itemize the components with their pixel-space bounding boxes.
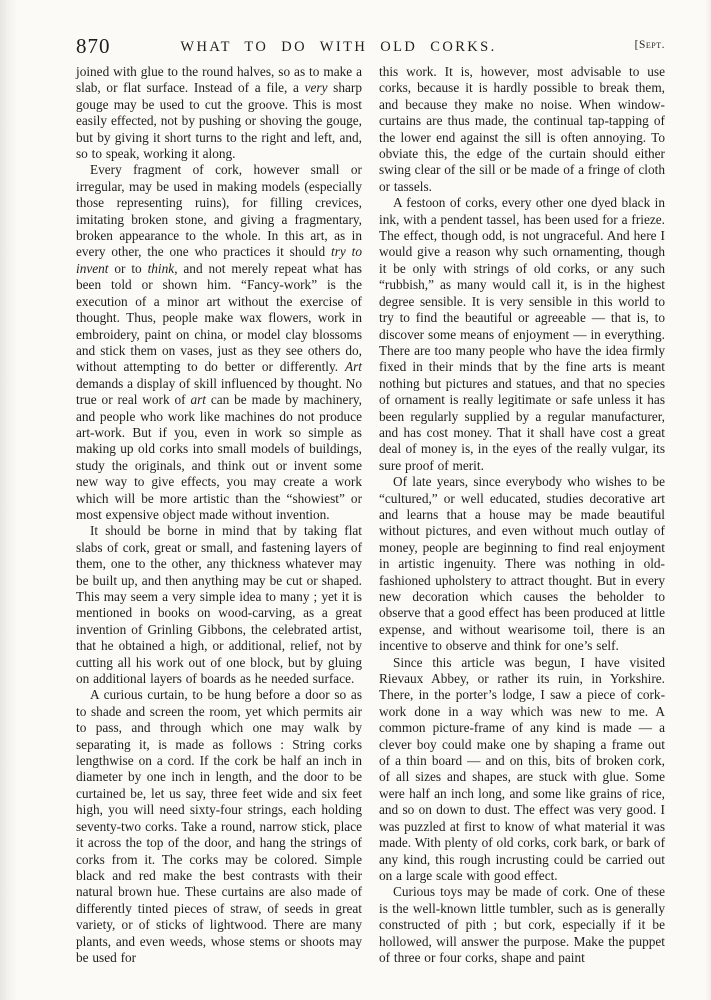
date-marker: [Sept. [635,39,665,51]
paragraph: this work. It is, however, most advisabl… [379,64,665,195]
italic-text: think [148,261,175,276]
body-text: Curious toys may be made of cork. One of… [379,884,665,965]
page-title: WHAT TO DO WITH OLD CORKS. [180,39,496,55]
paragraph: Every fragment of cork, however small or… [76,162,362,523]
two-column-layout: joined with glue to the round halves, so… [76,64,665,966]
paragraph: It should be borne in mind that by takin… [76,523,362,687]
page-header: 870 WHAT TO DO WITH OLD CORKS. [Sept. [76,34,665,60]
paragraph: A festoon of corks, every other one dyed… [379,195,665,474]
book-page: 870 WHAT TO DO WITH OLD CORKS. [Sept. jo… [0,0,711,1000]
body-text: this work. It is, however, most advisabl… [379,64,665,194]
paragraph: Since this article was begun, I have vis… [379,655,665,885]
italic-text: Art [345,359,362,374]
body-text: or to [109,261,148,276]
body-text: Since this article was begun, I have vis… [379,655,665,883]
title-wrap: WHAT TO DO WITH OLD CORKS. [44,38,633,56]
body-text: A festoon of corks, every other one dyed… [379,195,665,473]
paragraph: Of late years, since everybody who wishe… [379,474,665,654]
paragraph: A curious curtain, to be hung before a d… [76,687,362,966]
body-text: A curious curtain, to be hung before a d… [76,687,362,965]
italic-text: very [305,80,328,95]
body-text: Every fragment of cork, however small or… [76,162,362,259]
left-column: joined with glue to the round halves, so… [76,64,362,966]
right-column: this work. It is, however, most advisabl… [379,64,665,966]
italic-text: art [190,392,206,407]
body-text: Of late years, since everybody who wishe… [379,474,665,653]
body-text: can be made by machinery, and people who… [76,392,362,522]
paragraph: Curious toys may be made of cork. One of… [379,884,665,966]
paragraph: joined with glue to the round halves, so… [76,64,362,162]
body-text: It should be borne in mind that by takin… [76,523,362,686]
body-text: , and not merely repeat what has been to… [76,261,362,374]
